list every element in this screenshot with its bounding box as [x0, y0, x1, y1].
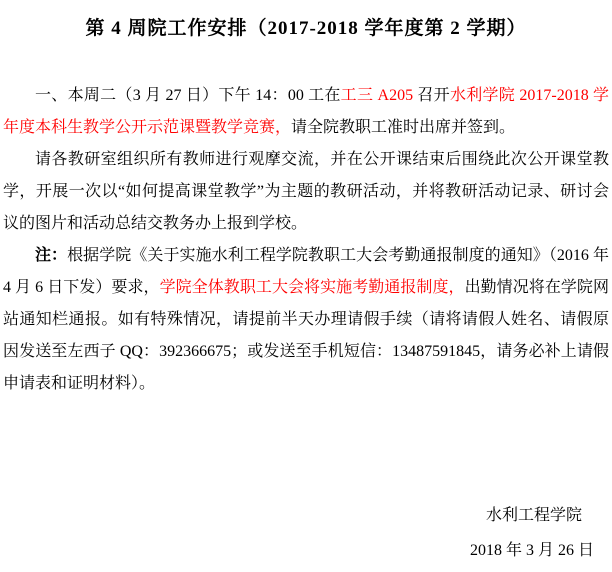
text-run-note-label: 注：: [35, 247, 67, 264]
document-title: 第 4 周院工作安排（2017-2018 学年度第 2 学期）: [3, 16, 609, 42]
text-run: 请全院教职工准时出席并签到。: [291, 119, 515, 136]
paragraph-teaching-observation: 请各教研室组织所有教师进行观摩交流，并在公开课结束后围绕此次公开课堂教学，开展一…: [3, 144, 609, 240]
text-run: 一、本周二（3 月 27 日）下午 14：00 工在: [35, 87, 341, 104]
signature-date: 2018 年 3 月 26 日: [3, 533, 609, 568]
text-run-highlight: 工三 A205: [341, 87, 418, 104]
paragraph-attendance-note: 注：根据学院《关于实施水利工程学院教职工大会考勤通报制度的通知》（2016 年 …: [3, 240, 609, 400]
document-body: 一、本周二（3 月 27 日）下午 14：00 工在工三 A205 召开水利学院…: [3, 80, 609, 400]
paragraph-meeting-announcement: 一、本周二（3 月 27 日）下午 14：00 工在工三 A205 召开水利学院…: [3, 80, 609, 144]
text-run: 请各教研室组织所有教师进行观摩交流，并在公开课结束后围绕此次公开课堂教学，开展一…: [3, 151, 609, 232]
signature-block: 水利工程学院 2018 年 3 月 26 日: [3, 498, 609, 568]
text-run-highlight: 学院全体教职工大会将实施考勤通报制度，: [160, 279, 465, 296]
notice-document: 第 4 周院工作安排（2017-2018 学年度第 2 学期） 一、本周二（3 …: [0, 0, 612, 572]
text-run: 召开: [417, 87, 450, 104]
signature-organization: 水利工程学院: [3, 498, 609, 533]
